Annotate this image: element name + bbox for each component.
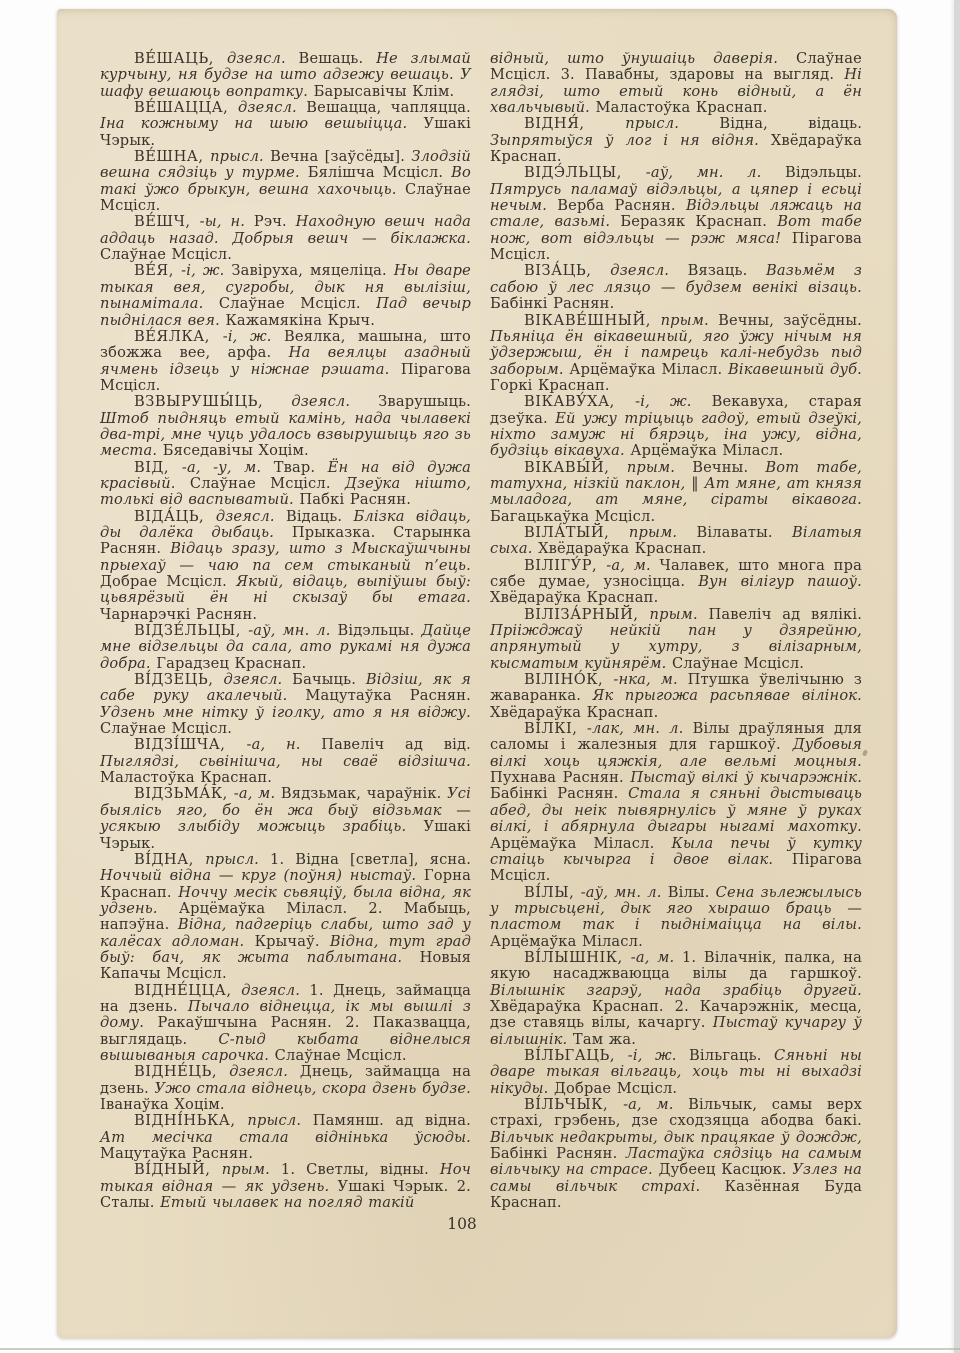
plain-text: Твар. bbox=[274, 459, 328, 476]
plain-text: Бабінкі Раснян. bbox=[490, 295, 614, 312]
plain-text: Вешаць. bbox=[299, 50, 377, 67]
plain-text: Памянш. ад відна. bbox=[313, 1112, 471, 1129]
plain-text: Добрае Мсцісл. bbox=[554, 1080, 677, 1097]
example-italic-text: -і, ж. bbox=[628, 1047, 689, 1064]
plain-text: Маластоўка Краснап. bbox=[596, 99, 768, 116]
book-page: ВЕ́ШАЦЬ, дзеясл. Вешаць. Не злымай курчы… bbox=[57, 9, 897, 1338]
headword: ВІКАВЫ́Й, bbox=[524, 459, 627, 476]
headword: ВІДЭ́ЛЬЦЫ, bbox=[524, 164, 646, 181]
headword: ВІ́ЛЬЧЫК, bbox=[524, 1096, 623, 1113]
plain-text: Арцёмаўка Міласл. bbox=[490, 933, 643, 950]
plain-text: Відэльцы. bbox=[337, 622, 421, 639]
scanned-page-background: ВЕ́ШАЦЬ, дзеясл. Вешаць. Не злымай курчы… bbox=[0, 0, 960, 1353]
plain-text: Вілы. bbox=[668, 884, 716, 901]
headword: ВІ́ДНА, bbox=[134, 851, 205, 868]
plain-text: 1. Светлы, відны. bbox=[281, 1161, 440, 1178]
headword: ВІ́ЛКІ, bbox=[524, 720, 587, 737]
example-italic-text: дзеясл. bbox=[224, 671, 293, 688]
plain-text: Вечны. bbox=[692, 459, 765, 476]
example-italic-text: Вільчык недакрыты, дык працякае ў дождж, bbox=[490, 1129, 862, 1146]
example-italic-text: прысл. bbox=[210, 148, 270, 165]
dictionary-entry: ВІДНІ́НЬКА, прысл. Памянш. ад відна. Ат … bbox=[100, 1113, 471, 1162]
example-italic-text: прым. bbox=[650, 606, 709, 623]
example-italic-text: прысл. bbox=[247, 1112, 312, 1129]
example-italic-text: -аў, мн. л. bbox=[581, 884, 668, 901]
plain-text: Мацутаўка Раснян. bbox=[305, 687, 471, 704]
dictionary-entry: ВІКАВУ́ХА, -і, ж. Векавуха, старая дзеўк… bbox=[490, 394, 862, 459]
plain-text: Бачыць. bbox=[292, 671, 366, 688]
plain-text: Арцёмаўка Міласл. bbox=[630, 442, 783, 459]
dictionary-entry: ВІ́ДНЫЙ, прым. 1. Светлы, відны. Ноч тык… bbox=[100, 1162, 471, 1211]
dictionary-entry: ВЕ́ШНА, прысл. Вечна [заўсёды]. Злодзій … bbox=[100, 149, 471, 214]
example-italic-text: -ы, н. bbox=[200, 213, 254, 230]
plain-text: Верба Раснян. bbox=[557, 197, 686, 214]
example-italic-text: дзеясл. bbox=[216, 508, 286, 525]
example-italic-text: прысл. bbox=[625, 115, 719, 132]
headword: ВІЛІЗА́РНЫЙ, bbox=[524, 606, 650, 623]
plain-text: Хвёдараўка Краснап. bbox=[490, 704, 658, 721]
example-italic-text: -лак, мн. л. bbox=[587, 720, 693, 737]
dictionary-entry: ВІДНЯ́, прысл. Відна, відаць. Зыпрятыўся… bbox=[490, 116, 862, 165]
plain-text: Слаўнае Мсцісл. bbox=[100, 720, 232, 737]
ink-speck bbox=[862, 749, 868, 756]
left-column: ВЕ́ШАЦЬ, дзеясл. Вешаць. Не злымай курчы… bbox=[100, 51, 471, 1211]
plain-text: Кажамякіна Крыч. bbox=[225, 312, 375, 329]
example-italic-text: дзеясл. bbox=[610, 262, 687, 279]
dictionary-entry: ВІЛІГУ́Р, -а, м. Чалавек, што многа пра … bbox=[490, 558, 862, 607]
headword: ВЕ́Я, bbox=[134, 262, 181, 279]
dictionary-entry: ВІЛІНО́К, -нка, м. Птушка ўвелічыню з жа… bbox=[490, 672, 862, 721]
headword: ВІДЗІ́ШЧА, bbox=[134, 736, 246, 753]
plain-text: Вечны, заўсёдны. bbox=[718, 312, 862, 329]
plain-text: Там жа. bbox=[573, 1031, 636, 1048]
headword: ВІЗА́ЦЬ, bbox=[524, 262, 610, 279]
example-italic-text: дзеясл. bbox=[229, 1063, 300, 1080]
plain-text: Беразяк Краснап. bbox=[620, 213, 777, 230]
plain-text: Слаўнае Мсцісл. bbox=[190, 475, 345, 492]
headword: ВЕ́ШЧ, bbox=[134, 213, 200, 230]
plain-text: Іванаўка Хоцім. bbox=[100, 1096, 225, 1113]
plain-text: Рэч. bbox=[254, 213, 296, 230]
scan-right-edge-line bbox=[954, 0, 960, 1353]
headword: ВЕ́ШАЦЬ, bbox=[134, 50, 227, 67]
example-italic-text: прым. bbox=[661, 312, 719, 329]
example-italic-text: -а, м. bbox=[606, 557, 659, 574]
headword: ВІ́ДНЫЙ, bbox=[134, 1161, 222, 1178]
plain-text: Відна, відаць. bbox=[719, 115, 862, 132]
plain-text: Крычаў. bbox=[255, 933, 330, 950]
plain-text: Пабкі Раснян. bbox=[299, 491, 411, 508]
headword: ВЕ́ЯЛКА, bbox=[134, 328, 223, 345]
plain-text: Слаўнае Мсцісл. bbox=[672, 655, 804, 672]
headword: ВЕ́ШНА, bbox=[134, 148, 210, 165]
plain-text: Зварушыць. bbox=[378, 393, 471, 410]
example-italic-text: Ноччый відна — круг (поўня) ныстаў. bbox=[100, 867, 424, 884]
example-italic-text: -нка, м. bbox=[613, 671, 687, 688]
example-italic-text: Вікавешный дуб. bbox=[728, 361, 862, 378]
plain-text: Добрае Мсцісл. bbox=[100, 573, 236, 590]
plain-text: Відэльцы. bbox=[785, 164, 862, 181]
headword: ВІЛА́ТЫЙ, bbox=[524, 524, 629, 541]
plain-text: Бяседавічы Хоцім. bbox=[163, 442, 309, 459]
dictionary-entry: ВІ́ЛЫШНІК, -а, м. 1. Вілачнік, палка, на… bbox=[490, 950, 862, 1048]
dictionary-entry: ВЕ́Я, -і, ж. Завіруха, мяцеліца. Ны двар… bbox=[100, 263, 471, 328]
example-italic-text: дзеясл. bbox=[227, 50, 299, 67]
scan-bottom-edge-line bbox=[0, 1348, 960, 1350]
plain-text: Хвёдараўка Краснап. bbox=[490, 589, 658, 606]
plain-text: Пухнава Раснян. bbox=[490, 769, 630, 786]
example-italic-text: Вун вілігур пашоў. bbox=[698, 573, 862, 590]
example-italic-text: -і, ж. bbox=[181, 262, 231, 279]
headword: ВІДА́ЦЬ, bbox=[134, 508, 216, 525]
plain-text: Бабінкі Раснян. bbox=[490, 785, 628, 802]
example-italic-text: прым. bbox=[222, 1161, 281, 1178]
example-italic-text: Ужо стала віднець, скора дзень будзе. bbox=[155, 1080, 471, 1097]
dictionary-entry: ВІДЗІ́ШЧА, -а, н. Павеліч ад від. Пыгляд… bbox=[100, 737, 471, 786]
example-italic-text: Ат месічка стала віднінька ўсюды. bbox=[100, 1129, 471, 1146]
plain-text: Дубеец Касцюк. bbox=[659, 1161, 793, 1178]
example-italic-text: -і, ж. bbox=[223, 328, 284, 345]
dictionary-entry: ВІДЭ́ЛЬЦЫ, -аў, мн. л. Відэльцы. Пятрусь… bbox=[490, 165, 862, 263]
example-italic-text: -а, -у, м. bbox=[182, 459, 274, 476]
dictionary-entry: ВІ́ЛЬГАЦЬ, -і, ж. Вільгаць. Сяньні ны дв… bbox=[490, 1048, 862, 1097]
dictionary-entry: ВІКАВЫ́Й, прым. Вечны. Вот табе, татухна… bbox=[490, 460, 862, 525]
dictionary-entry: ВІ́ЛЫ, -аў, мн. л. Вілы. Сена зьлежылысь… bbox=[490, 885, 862, 950]
example-italic-text: Як прыгожа расьпявае вілінок. bbox=[593, 687, 862, 704]
example-italic-text: Іна кожныму на шыю вешыіцца. bbox=[100, 115, 424, 132]
plain-text: Маластоўка Краснап. bbox=[100, 769, 272, 786]
plain-text: Слаўнае Мсцісл. bbox=[219, 295, 376, 312]
plain-text: Слаўнае Мсцісл. bbox=[100, 246, 232, 263]
headword: ВІДНЯ́, bbox=[524, 115, 625, 132]
example-italic-text: прысл. bbox=[205, 851, 270, 868]
headword: ВІДЗЬМА́К, bbox=[134, 785, 234, 802]
headword: ВІД, bbox=[134, 459, 182, 476]
plain-text: Завіруха, мяцеліца. bbox=[231, 262, 393, 279]
page-number: 108 bbox=[422, 1215, 502, 1233]
dictionary-entry: ВІДНЕ́ЦЬ, дзеясл. Днець, займацца на дзе… bbox=[100, 1064, 471, 1113]
dictionary-entry: ВІ́ЛЬЧЫК, -а, м. Вільчык, самы верх стра… bbox=[490, 1097, 862, 1211]
dictionary-entry: ВІДЗЬМА́К, -а, м. Вядзьмак, чараўнік. Ус… bbox=[100, 786, 471, 851]
dictionary-entry: ВІДА́ЦЬ, дзеясл. Відаць. Блізка відаць, … bbox=[100, 509, 471, 623]
example-italic-text: Удзень мне нітку ў іголку, ато я ня відж… bbox=[100, 704, 471, 721]
headword: ВІ́ЛЬГАЦЬ, bbox=[524, 1047, 628, 1064]
plain-text: Павеліч ад від. bbox=[321, 736, 471, 753]
example-italic-text: відный, што ўнушаіць даверія. bbox=[490, 50, 796, 67]
headword: ВІ́ДЗЕЦЬ, bbox=[134, 671, 224, 688]
plain-text: Вядзьмак, чараўнік. bbox=[281, 785, 447, 802]
dictionary-entry: ВІДНЕ́ЦЦА, дзеясл. 1. Днець, займацца на… bbox=[100, 983, 471, 1065]
plain-text: Павеліч ад вялікі. bbox=[708, 606, 862, 623]
headword: ВІДЗЕ́ЛЬЦЫ, bbox=[134, 622, 248, 639]
example-italic-text: прым. bbox=[627, 459, 692, 476]
example-italic-text: -а, м. bbox=[631, 949, 682, 966]
example-italic-text: Зыпрятыўся ў лог і ня відня. bbox=[490, 132, 771, 149]
plain-text: Слаўнае Мсцісл. bbox=[275, 1047, 407, 1064]
headword: ВІКАВУ́ХА, bbox=[524, 393, 635, 410]
plain-text: Багацькаўка Мсцісл. bbox=[490, 508, 655, 525]
plain-text: Хвёдараўка Краснап. bbox=[538, 540, 706, 557]
example-italic-text: прым. bbox=[629, 524, 697, 541]
dictionary-entry: ВІД, -а, -у, м. Твар. Ён на від дужа кра… bbox=[100, 460, 471, 509]
dictionary-entry: ВЕ́ШАЦЦА, дзеясл. Вешацца, чапляцца. Іна… bbox=[100, 100, 471, 149]
plain-text: Бялішча Мсцісл. bbox=[308, 164, 451, 181]
example-italic-text: дзеясл. bbox=[291, 393, 378, 410]
headword: ВІДНЕ́ЦЬ, bbox=[134, 1063, 229, 1080]
dictionary-entry: ВЗВЫРУШЫ́ЦЬ, дзеясл. Зварушыць. Штоб пыд… bbox=[100, 394, 471, 459]
right-column: відный, што ўнушаіць даверія. Слаўнае Мс… bbox=[490, 51, 862, 1211]
dictionary-entry: ВЕ́ЯЛКА, -і, ж. Веялка, машына, што збож… bbox=[100, 329, 471, 394]
plain-text: Вілаваты. bbox=[696, 524, 792, 541]
example-italic-text: -а, м. bbox=[234, 785, 281, 802]
dictionary-entry: відный, што ўнушаіць даверія. Слаўнае Мс… bbox=[490, 51, 862, 116]
headword: ВІДНЕ́ЦЦА, bbox=[134, 982, 241, 999]
dictionary-entry: ВІ́ДЗЕЦЬ, дзеясл. Бачыць. Відзіш, як я с… bbox=[100, 672, 471, 737]
example-italic-text: -і, ж. bbox=[635, 393, 711, 410]
plain-text: Вязаць. bbox=[688, 262, 766, 279]
plain-text: Вечна [заўсёды]. bbox=[270, 148, 411, 165]
headword: ВІКАВЕ́ШНЫЙ, bbox=[524, 312, 661, 329]
plain-text: Арцёмаўка Міласл. bbox=[569, 361, 728, 378]
plain-text: Чарнарэчкі Раснян. bbox=[100, 606, 257, 623]
example-italic-text: -а, н. bbox=[246, 736, 321, 753]
plain-text: Барысавічы Клім. bbox=[314, 83, 455, 100]
headword: ВІЛІНО́К, bbox=[524, 671, 613, 688]
plain-text: Арцёмаўка Міласл. bbox=[490, 835, 671, 852]
headword: ВЕ́ШАЦЦА, bbox=[134, 99, 238, 116]
example-italic-text: дзеясл. bbox=[241, 982, 309, 999]
headword: ВІ́ЛЫ, bbox=[524, 884, 581, 901]
dictionary-entry: ВІДЗЕ́ЛЬЦЫ, -аў, мн. л. Відэльцы. Дайце … bbox=[100, 623, 471, 672]
dictionary-entry: ВЕ́ШЧ, -ы, н. Рэч. Находную вешч нада ад… bbox=[100, 214, 471, 263]
example-italic-text: -аў, мн. л. bbox=[248, 622, 337, 639]
example-italic-text: -аў, мн. л. bbox=[646, 164, 785, 181]
headword: ВІДНІ́НЬКА, bbox=[134, 1112, 247, 1129]
plain-text: Вільгаць. bbox=[689, 1047, 774, 1064]
example-italic-text: -а, м. bbox=[623, 1096, 688, 1113]
plain-text: Мацутаўка Раснян. bbox=[100, 1145, 253, 1162]
plain-text: 1. Відна [светла], ясна. bbox=[270, 851, 471, 868]
headword: ВІЛІГУ́Р, bbox=[524, 557, 606, 574]
plain-text: Гарадзец Краснап. bbox=[156, 655, 306, 672]
example-italic-text: Пыстаў вілкі ў кычарэжнік. bbox=[630, 769, 862, 786]
headword: ВІ́ЛЫШНІК, bbox=[524, 949, 631, 966]
dictionary-entry: ВЕ́ШАЦЬ, дзеясл. Вешаць. Не злымай курчы… bbox=[100, 51, 471, 100]
plain-text: Вешацца, чапляцца. bbox=[306, 99, 471, 116]
dictionary-entry: ВІКАВЕ́ШНЫЙ, прым. Вечны, заўсёдны. Пьян… bbox=[490, 313, 862, 395]
example-italic-text: Етый чылавек на погляд такій bbox=[160, 1194, 414, 1211]
example-italic-text: дзеясл. bbox=[238, 99, 306, 116]
headword: ВЗВЫРУШЫ́ЦЬ, bbox=[134, 393, 291, 410]
dictionary-entry: ВІЛА́ТЫЙ, прым. Вілаваты. Вілатыя сыха. … bbox=[490, 525, 862, 558]
plain-text: Відаць. bbox=[286, 508, 354, 525]
dictionary-entry: ВІ́ЛКІ, -лак, мн. л. Вілы драўляныя для … bbox=[490, 721, 862, 884]
plain-text: Горкі Краснап. bbox=[490, 377, 610, 394]
dictionary-entry: ВІ́ДНА, прысл. 1. Відна [светла], ясна. … bbox=[100, 852, 471, 983]
dictionary-entry: ВІЗА́ЦЬ, дзеясл. Вязаць. Вазьмём з сабою… bbox=[490, 263, 862, 312]
plain-text: Бабінкі Раснян. bbox=[490, 1145, 626, 1162]
dictionary-entry: ВІЛІЗА́РНЫЙ, прым. Павеліч ад вялікі. Пр… bbox=[490, 607, 862, 672]
example-italic-text: Вілышнік згарэў, нада зрабіць другей. bbox=[490, 982, 862, 999]
example-italic-text: Пыглядзі, сьвінішча, ны сваё відзішча. bbox=[100, 753, 471, 770]
